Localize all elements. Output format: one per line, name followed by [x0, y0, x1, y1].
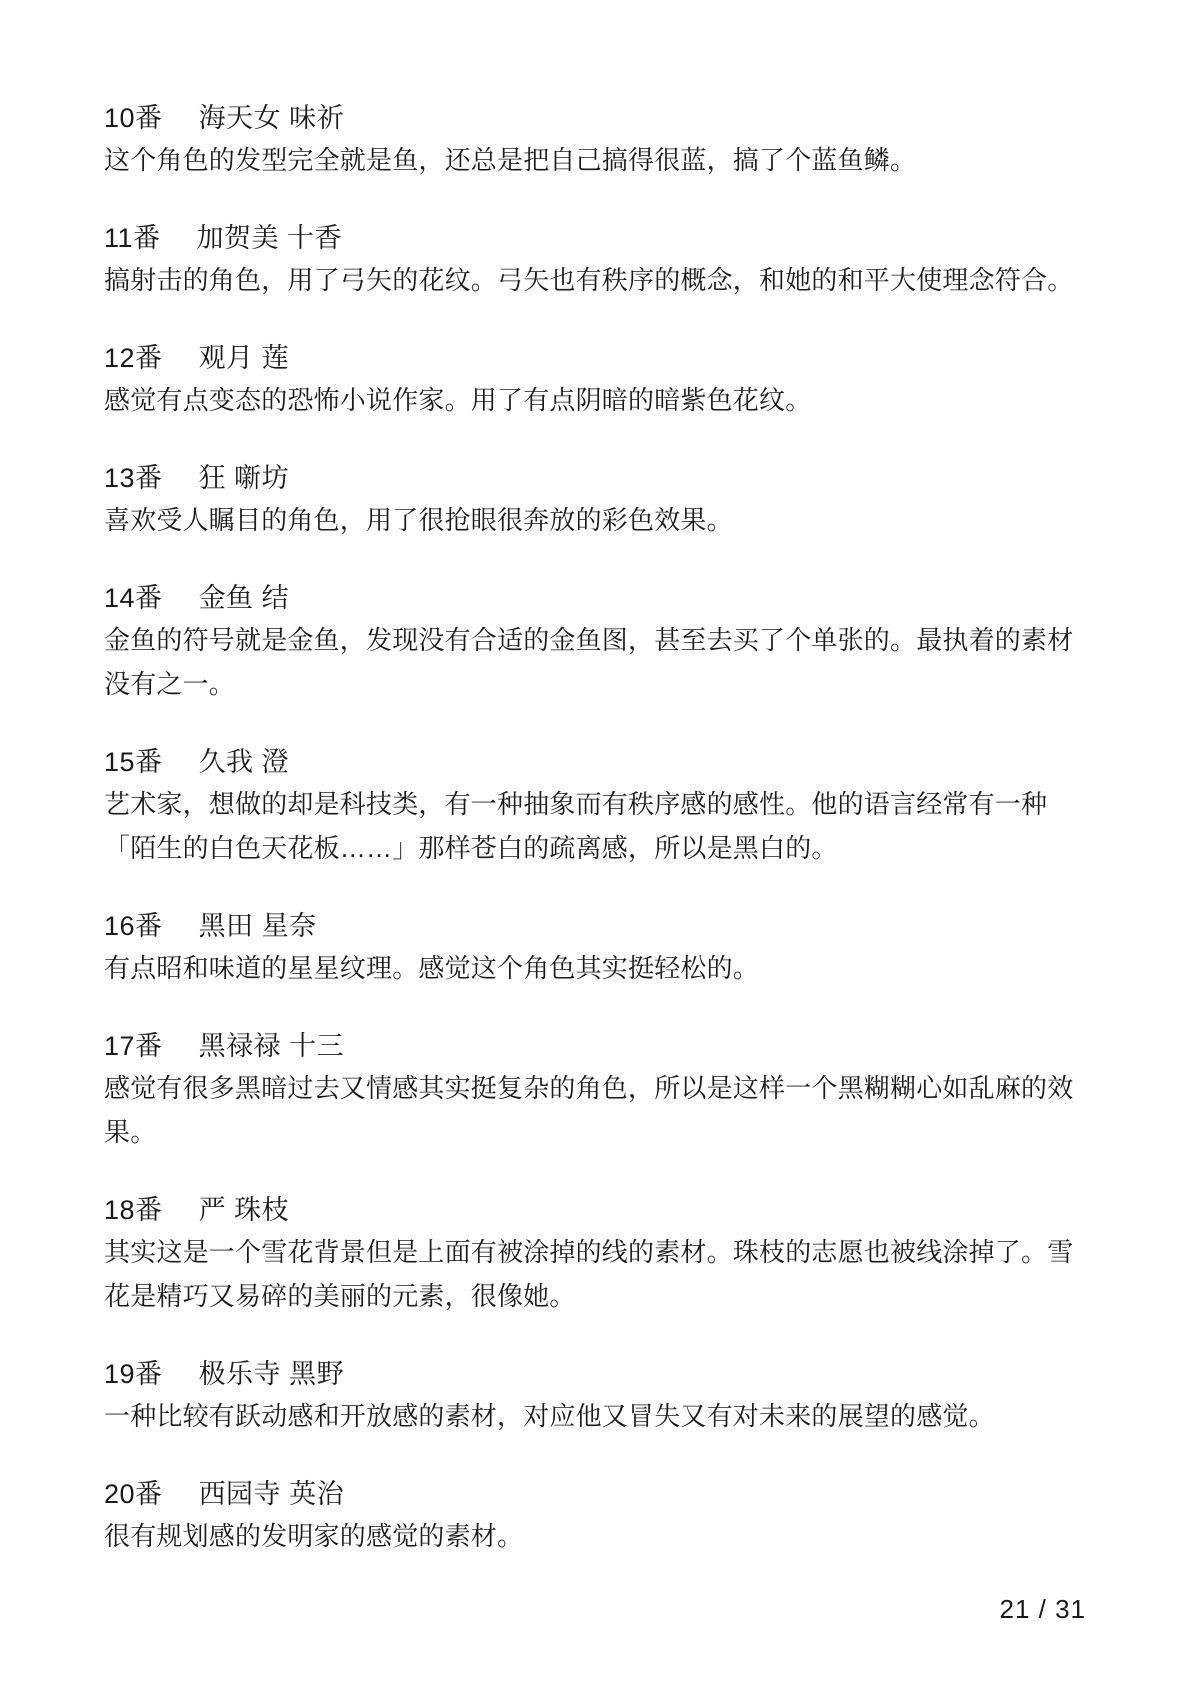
entry-16: 16番 黑田 星奈 有点昭和味道的星星纹理。感觉这个角色其实挺轻松的。 — [104, 906, 1086, 990]
entry-number: 16番 — [104, 906, 163, 946]
entry-number: 12番 — [104, 338, 163, 378]
entry-character-name: 严 珠枝 — [199, 1190, 290, 1230]
entry-description: 其实这是一个雪花背景但是上面有被涂掉的线的素材。珠枝的志愿也被线涂掉了。雪花是精… — [104, 1230, 1086, 1318]
entry-description: 有点昭和味道的星星纹理。感觉这个角色其实挺轻松的。 — [104, 946, 1086, 990]
entry-heading: 12番 观月 莲 — [104, 338, 1086, 378]
entry-14: 14番 金鱼 结 金鱼的符号就是金鱼，发现没有合适的金鱼图，甚至去买了个单张的。… — [104, 578, 1086, 706]
entry-description: 感觉有很多黑暗过去又情感其实挺复杂的角色，所以是这样一个黑糊糊心如乱麻的效果。 — [104, 1066, 1086, 1154]
entry-heading: 19番 极乐寺 黑野 — [104, 1354, 1086, 1394]
entry-description: 喜欢受人瞩目的角色，用了很抢眼很奔放的彩色效果。 — [104, 498, 1086, 542]
entry-description: 金鱼的符号就是金鱼，发现没有合适的金鱼图，甚至去买了个单张的。最执着的素材没有之… — [104, 618, 1086, 706]
page-number: 21 / 31 — [999, 1594, 1086, 1624]
entry-number: 19番 — [104, 1354, 163, 1394]
entry-number: 15番 — [104, 742, 163, 782]
entry-10: 10番 海天女 味祈 这个角色的发型完全就是鱼，还总是把自己搞得很蓝，搞了个蓝鱼… — [104, 98, 1086, 182]
entry-character-name: 海天女 味祈 — [199, 98, 345, 138]
entry-number: 18番 — [104, 1190, 163, 1230]
page-footer: 21 / 31 — [0, 1594, 1190, 1625]
entry-13: 13番 狂 噺坊 喜欢受人瞩目的角色，用了很抢眼很奔放的彩色效果。 — [104, 458, 1086, 542]
entry-number: 13番 — [104, 458, 163, 498]
entry-19: 19番 极乐寺 黑野 一种比较有跃动感和开放感的素材，对应他又冒失又有对未来的展… — [104, 1354, 1086, 1438]
entry-character-name: 金鱼 结 — [199, 578, 290, 618]
entry-list: 10番 海天女 味祈 这个角色的发型完全就是鱼，还总是把自己搞得很蓝，搞了个蓝鱼… — [0, 0, 1190, 1558]
entry-heading: 10番 海天女 味祈 — [104, 98, 1086, 138]
entry-heading: 18番 严 珠枝 — [104, 1190, 1086, 1230]
entry-number: 17番 — [104, 1026, 163, 1066]
entry-character-name: 观月 莲 — [199, 338, 290, 378]
entry-description: 艺术家，想做的却是科技类，有一种抽象而有秩序感的感性。他的语言经常有一种「陌生的… — [104, 782, 1086, 870]
entry-heading: 15番 久我 澄 — [104, 742, 1086, 782]
document-page: 10番 海天女 味祈 这个角色的发型完全就是鱼，还总是把自己搞得很蓝，搞了个蓝鱼… — [0, 0, 1190, 1683]
entry-character-name: 西园寺 英治 — [199, 1474, 345, 1514]
entry-description: 这个角色的发型完全就是鱼，还总是把自己搞得很蓝，搞了个蓝鱼鳞。 — [104, 138, 1086, 182]
entry-description: 搞射击的角色，用了弓矢的花纹。弓矢也有秩序的概念，和她的和平大使理念符合。 — [104, 258, 1086, 302]
entry-15: 15番 久我 澄 艺术家，想做的却是科技类，有一种抽象而有秩序感的感性。他的语言… — [104, 742, 1086, 870]
entry-number: 14番 — [104, 578, 163, 618]
entry-description: 一种比较有跃动感和开放感的素材，对应他又冒失又有对未来的展望的感觉。 — [104, 1394, 1086, 1438]
entry-number: 10番 — [104, 98, 163, 138]
entry-11: 11番 加贺美 十香 搞射击的角色，用了弓矢的花纹。弓矢也有秩序的概念，和她的和… — [104, 218, 1086, 302]
entry-description: 感觉有点变态的恐怖小说作家。用了有点阴暗的暗紫色花纹。 — [104, 378, 1086, 422]
entry-heading: 13番 狂 噺坊 — [104, 458, 1086, 498]
entry-heading: 16番 黑田 星奈 — [104, 906, 1086, 946]
entry-number: 11番 — [104, 218, 161, 258]
entry-character-name: 极乐寺 黑野 — [199, 1354, 345, 1394]
entry-character-name: 加贺美 十香 — [197, 218, 343, 258]
entry-number: 20番 — [104, 1474, 163, 1514]
entry-heading: 14番 金鱼 结 — [104, 578, 1086, 618]
entry-character-name: 狂 噺坊 — [199, 458, 290, 498]
entry-12: 12番 观月 莲 感觉有点变态的恐怖小说作家。用了有点阴暗的暗紫色花纹。 — [104, 338, 1086, 422]
entry-character-name: 黑田 星奈 — [199, 906, 317, 946]
entry-description: 很有规划感的发明家的感觉的素材。 — [104, 1514, 1086, 1558]
entry-18: 18番 严 珠枝 其实这是一个雪花背景但是上面有被涂掉的线的素材。珠枝的志愿也被… — [104, 1190, 1086, 1318]
entry-20: 20番 西园寺 英治 很有规划感的发明家的感觉的素材。 — [104, 1474, 1086, 1558]
entry-character-name: 黑禄禄 十三 — [199, 1026, 345, 1066]
entry-17: 17番 黑禄禄 十三 感觉有很多黑暗过去又情感其实挺复杂的角色，所以是这样一个黑… — [104, 1026, 1086, 1154]
entry-heading: 11番 加贺美 十香 — [104, 218, 1086, 258]
entry-heading: 20番 西园寺 英治 — [104, 1474, 1086, 1514]
entry-character-name: 久我 澄 — [199, 742, 290, 782]
entry-heading: 17番 黑禄禄 十三 — [104, 1026, 1086, 1066]
